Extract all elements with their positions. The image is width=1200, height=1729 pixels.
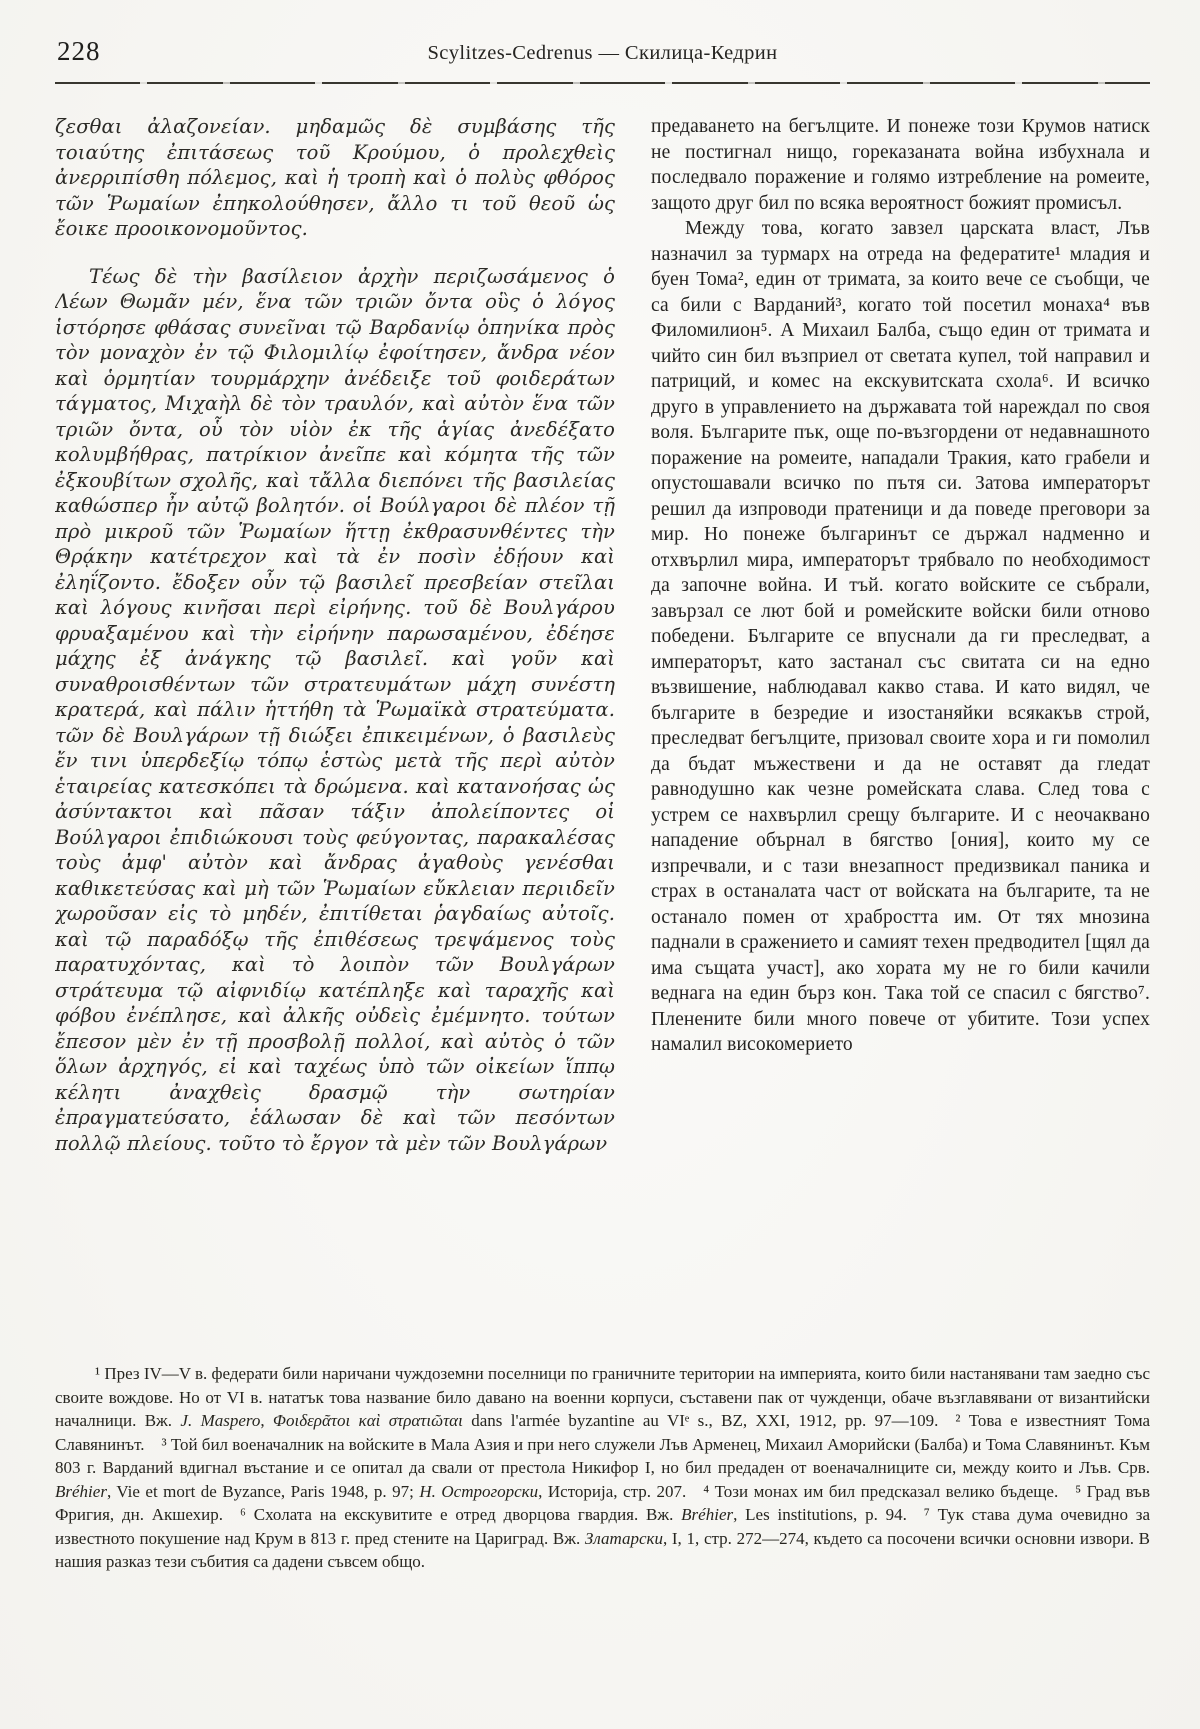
book-page: 228 Scylitzes-Cedrenus — Скилица-Кедрин …	[0, 0, 1200, 1729]
greek-source-column: ζεσθαι ἀλαζονείαν. μηδαμῶς δὲ συμβάσης τ…	[55, 114, 615, 1362]
bulgarian-translation-column: предаването на бегълците. И понеже този …	[651, 114, 1150, 1362]
footnote-run: ,	[260, 1411, 273, 1430]
footnote-cited-author: J. Maspero	[180, 1411, 260, 1430]
footnotes-block: ¹ През IV—V в. федерати били наричани чу…	[55, 1362, 1150, 1574]
running-header: 228 Scylitzes-Cedrenus — Скилица-Кедрин	[55, 34, 1150, 78]
greek-paragraph-continuation: ζεσθαι ἀλαζονείαν. μηδαμῶς δὲ συμβάσης τ…	[55, 114, 615, 242]
footnote-cited-author: Н. Острогорски	[419, 1482, 538, 1501]
footnotes-text: ¹ През IV—V в. федерати били наричани чу…	[55, 1362, 1150, 1574]
footnote-cited-author: Bréhier	[681, 1505, 733, 1524]
two-column-body: ζεσθαι ἀλαζονείαν. μηδαμῶς δὲ συμβάσης τ…	[55, 114, 1150, 1362]
footnote-cited-author: Φοιδερᾶτοι καὶ στρατιῶται	[273, 1411, 463, 1430]
greek-paragraph: Τέως δὲ τὴν βασίλειον ἀρχὴν περιζωσάμενο…	[55, 264, 615, 1157]
bulgarian-paragraph-continuation: предаването на бегълците. И понеже този …	[651, 114, 1150, 216]
footnote-cited-author: Bréhier	[55, 1482, 107, 1501]
footnote-cited-author: Златарски	[585, 1529, 663, 1548]
bulgarian-paragraph: Между това, когато завзел царската власт…	[651, 216, 1150, 1058]
running-header-title: Scylitzes-Cedrenus — Скилица-Кедрин	[55, 42, 1150, 65]
header-divider	[55, 82, 1150, 84]
footnote-run: , Vie et mort de Byzance, Paris 1948, p.…	[107, 1482, 419, 1501]
